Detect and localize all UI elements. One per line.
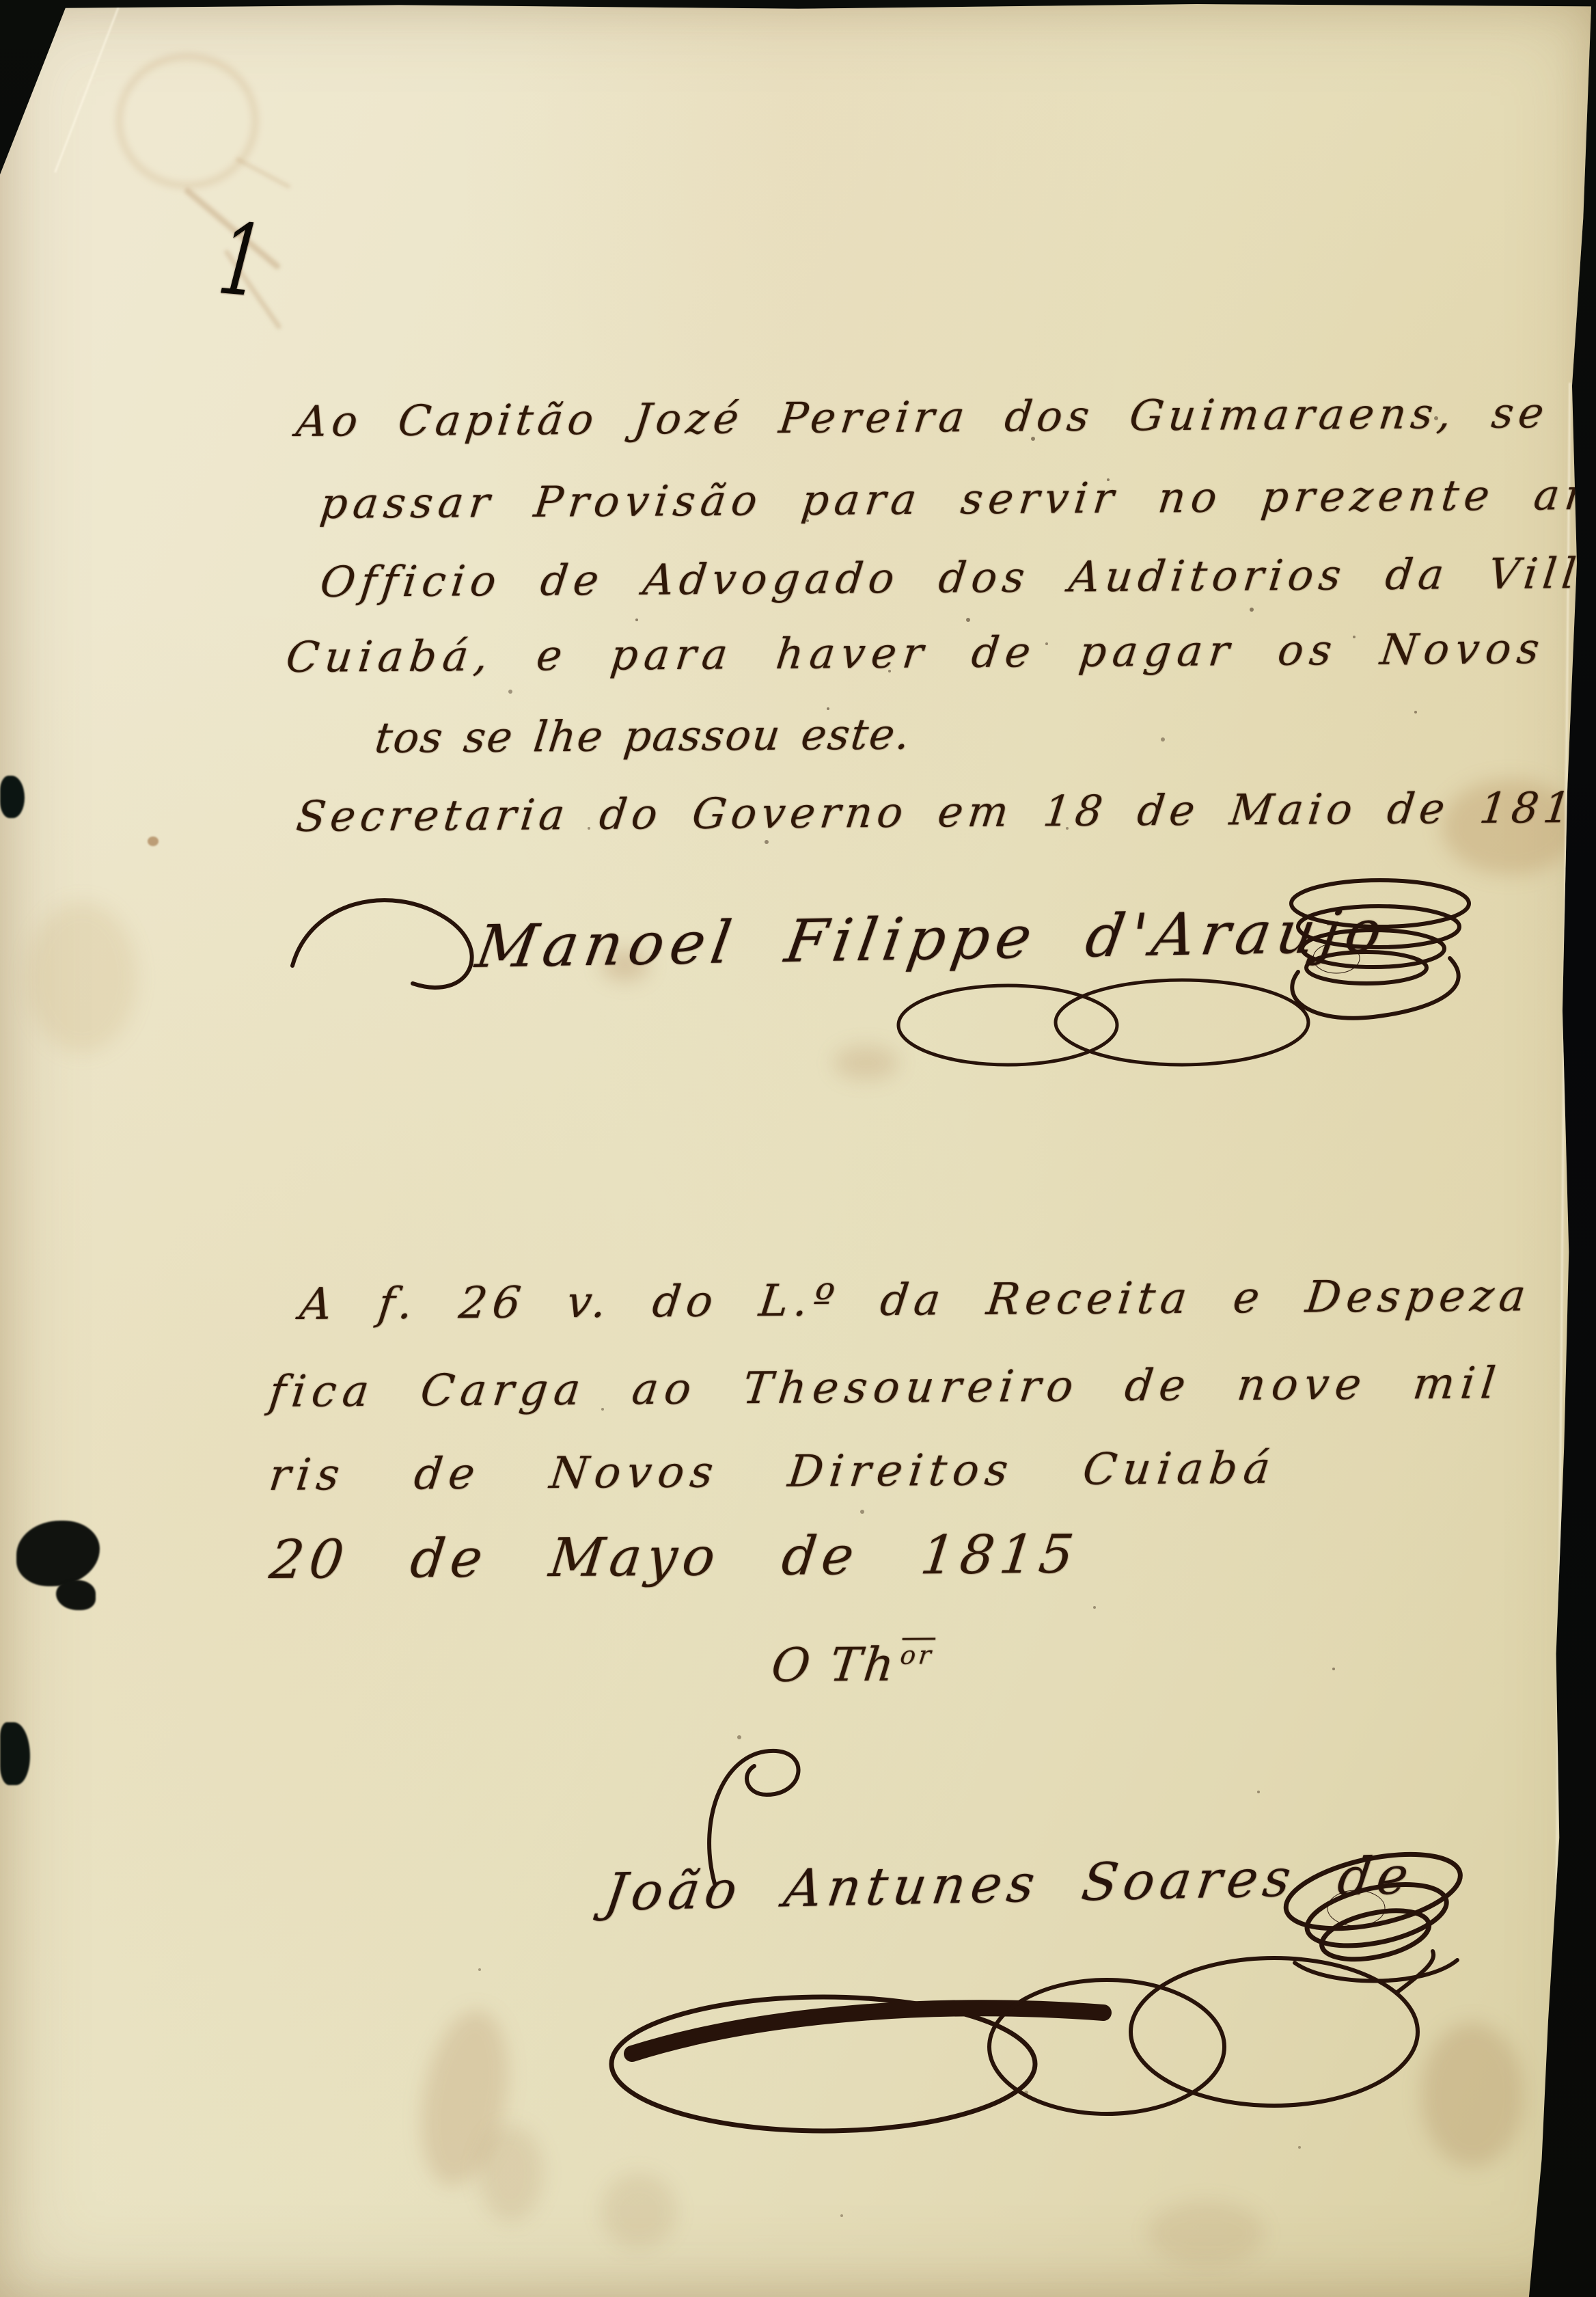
manuscript-line: Cuiabá, e para haver de pagar os Novos D… [284,622,1596,682]
ink-blot [0,776,25,818]
signature-underline-flourish [584,1944,1438,2149]
manuscript-line: Officio de Advogado dos Auditorios da Vi… [318,547,1596,607]
manuscript-line: 20 de Mayo de 1815 [266,1524,1082,1591]
foxing-stain [601,2173,676,2248]
closing-abbreviation: O Thor [769,1637,935,1693]
manuscript-line: Ao Capitão Jozé Pereira dos Guimaraens, … [294,387,1596,446]
manuscript-page: 1 Ao Capitão Jozé Pereira dos Guimaraens… [0,0,1596,2297]
foxing-stain [409,2004,520,2193]
manuscript-line: tos se lhe passou este. [372,709,913,763]
manuscript-line: ris de Novos Direitos Cuiabá [266,1443,1279,1501]
foxing-stain [27,902,137,1052]
vein-stain [235,157,291,189]
signature-underline-loop [888,957,1332,1093]
foxing-dot [148,837,159,846]
manuscript-line: fica Carga ao Thesoureiro de nove mil [266,1358,1504,1417]
ink-blot [56,1580,96,1610]
photo-background: 1 Ao Capitão Jozé Pereira dos Guimaraens… [0,0,1596,2297]
closing-text: O Th [769,1638,900,1693]
ring-stain [116,53,258,189]
ink-blot [0,1722,30,1785]
manuscript-line: A f. 26 v. do L.º da Receita e Despeza [297,1270,1534,1330]
ink-spatter [0,0,3,3]
ink-blot [16,1521,100,1586]
closing-superscript: or [898,1640,935,1670]
paper-torn-edge [54,0,124,173]
foxing-stain [1148,2201,1264,2266]
manuscript-line: passar Provisão para servir no prezente … [318,469,1596,528]
manuscript-line: Secretaria do Governo em 18 de Maio de 1… [294,782,1596,841]
foxing-stain [478,2125,543,2221]
